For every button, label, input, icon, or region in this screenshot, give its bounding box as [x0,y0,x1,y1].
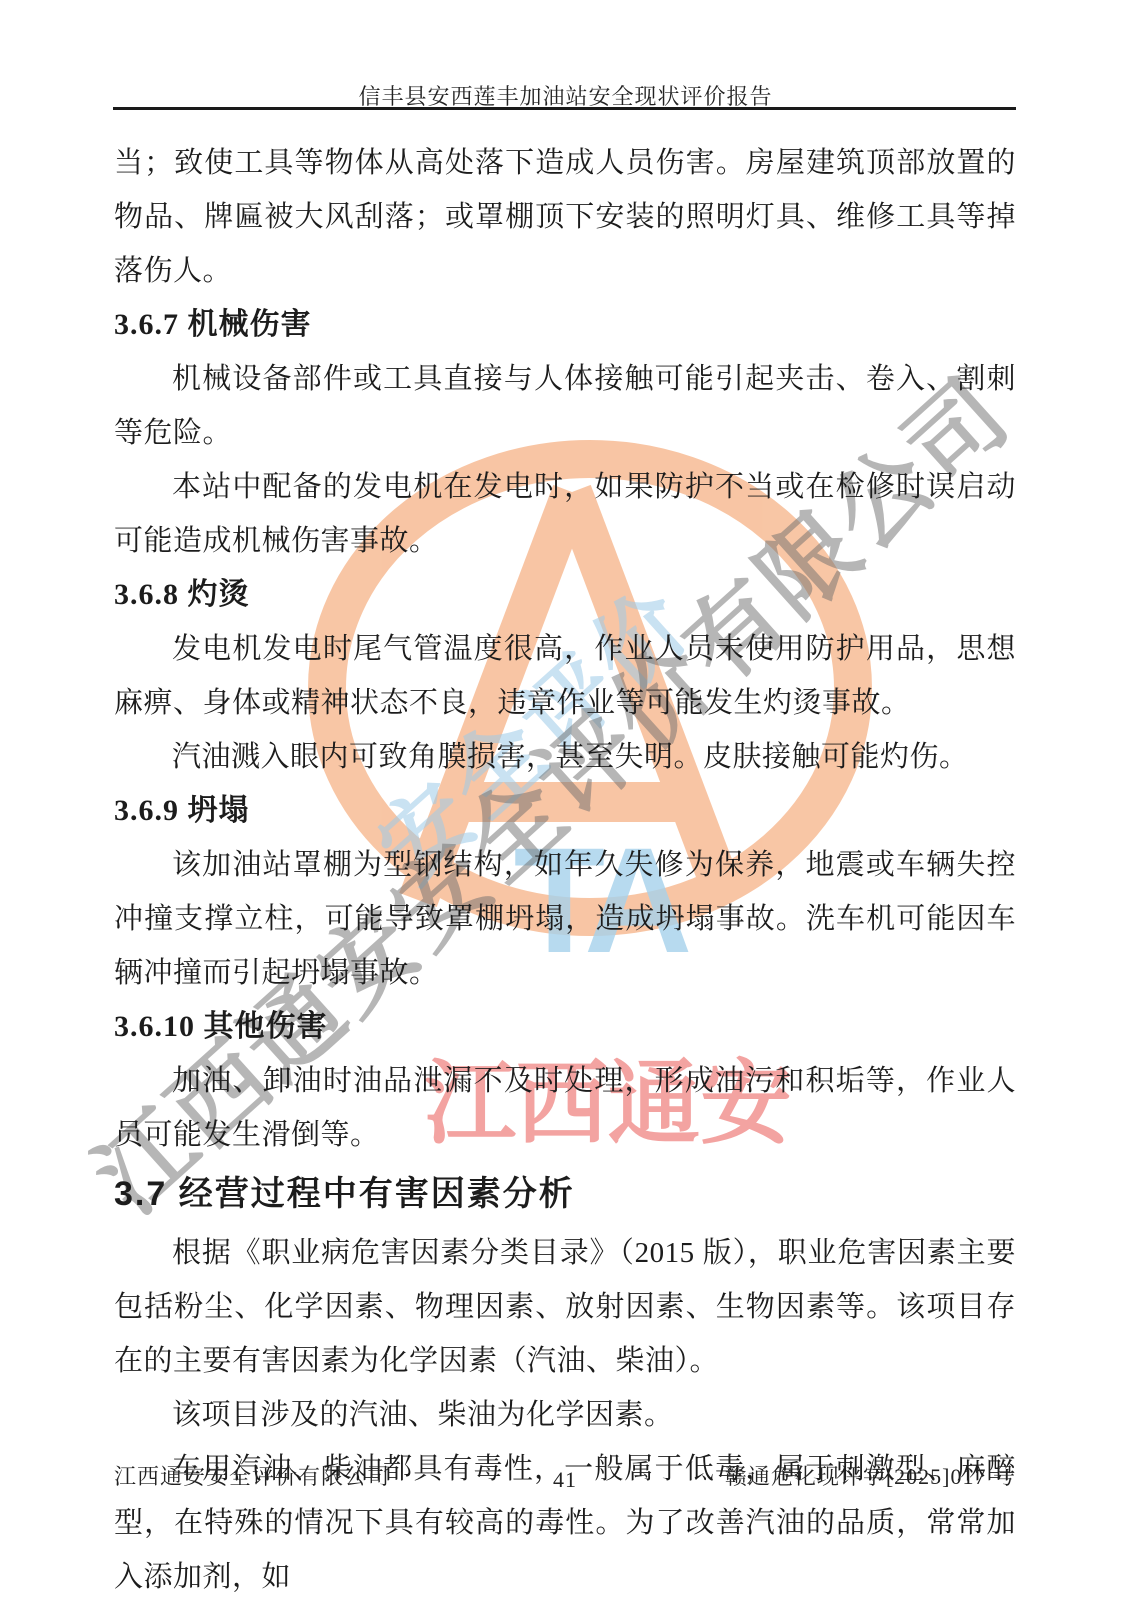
paragraph-continuation: 当；致使工具等物体从高处落下造成人员伤害。房屋建筑顶部放置的物品、牌匾被大风刮落… [114,136,1016,298]
heading-3-6-7: 3.6.7 机械伤害 [114,298,1016,352]
body-text-column: 当；致使工具等物体从高处落下造成人员伤害。房屋建筑顶部放置的物品、牌匾被大风刮落… [114,136,1016,1600]
heading-3-6-8: 3.6.8 灼烫 [114,568,1016,622]
heading-3-6-10: 3.6.10 其他伤害 [114,1000,1016,1054]
footer-document-number: 赣通危化现评字[2025]017 号 [605,1460,1016,1491]
heading-3-6-9: 3.6.9 坍塌 [114,784,1016,838]
heading-3-7: 3.7 经营过程中有害因素分析 [114,1162,1016,1226]
page-number: 41 [525,1467,605,1493]
page-footer: 江西通安安全评价有限公司 41 赣通危化现评字[2025]017 号 [114,1460,1016,1491]
paragraph: 加油、卸油时油品泄漏不及时处理，形成油污和积垢等，作业人员可能发生滑倒等。 [114,1054,1016,1162]
page-content: 信丰县安西莲丰加油站安全现状评价报告 当；致使工具等物体从高处落下造成人员伤害。… [0,0,1131,1600]
paragraph: 该项目涉及的汽油、柴油为化学因素。 [114,1388,1016,1442]
footer-company-name: 江西通安安全评价有限公司 [114,1460,525,1491]
header-rule [113,107,1016,110]
paragraph: 该加油站罩棚为型钢结构，如年久失修为保养，地震或车辆失控冲撞支撑立柱，可能导致罩… [114,838,1016,1000]
paragraph: 机械设备部件或工具直接与人体接触可能引起夹击、卷入、割刺等危险。 [114,352,1016,460]
document-page: TA 安全评价 江西通安 江西通安安全评价有限公司 信丰县安西莲丰加油站安全现状… [0,0,1131,1600]
paragraph: 汽油溅入眼内可致角膜损害，甚至失明。皮肤接触可能灼伤。 [114,730,1016,784]
paragraph: 根据《职业病危害因素分类目录》（2015 版），职业危害因素主要包括粉尘、化学因… [114,1226,1016,1388]
paragraph: 发电机发电时尾气管温度很高，作业人员未使用防护用品，思想麻痹、身体或精神状态不良… [114,622,1016,730]
paragraph: 本站中配备的发电机在发电时，如果防护不当或在检修时误启动可能造成机械伤害事故。 [114,460,1016,568]
